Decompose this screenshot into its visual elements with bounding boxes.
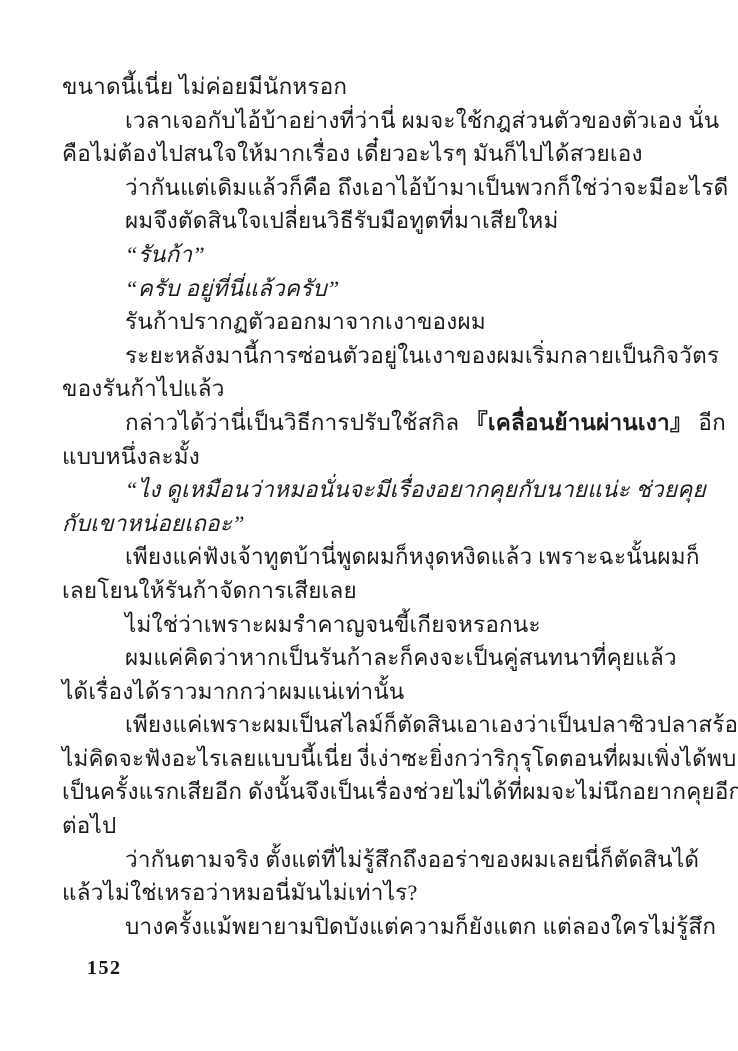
text-segment: ว่ากันตามจริง ตั้งแต่ที่ไม่รู้สึกถึงออร่… bbox=[125, 847, 699, 872]
text-segment: เลยโยนให้รันก้าจัดการเสียเลย bbox=[62, 578, 357, 603]
text-line: “รันก้า” bbox=[62, 238, 682, 272]
text-line: เพียงแค่เพราะผมเป็นสไลม์ก็ตัดสินเอาเองว่… bbox=[62, 708, 682, 742]
text-line: บางครั้งแม้พยายามปิดบังแต่ความก็ยังแตก แ… bbox=[62, 910, 682, 944]
text-segment: ผมแค่คิดว่าหากเป็นรันก้าละก็คงจะเป็นคู่ส… bbox=[125, 645, 677, 670]
skill-name: 『เคลื่อนย้านผ่านเงา』 bbox=[465, 410, 692, 435]
text-segment: กับเขาหน่อยเถอะ” bbox=[62, 511, 245, 536]
text-segment: เป็นครั้งแรกเสียอีก ดังนั้นจึงเป็นเรื่อง… bbox=[62, 779, 738, 804]
text-segment: เพียงแค่เพราะผมเป็นสไลม์ก็ตัดสินเอาเองว่… bbox=[125, 712, 738, 737]
text-line: ไม่คิดจะฟังอะไรเลยแบบนี้เนี่ย งี่เง่าซะย… bbox=[62, 742, 682, 776]
text-segment: เวลาเจอกับไอ้บ้าอย่างที่ว่านี่ ผมจะใช้กฎ… bbox=[125, 108, 719, 133]
text-segment: ระยะหลังมานี้การซ่อนตัวอยู่ในเงาของผมเริ… bbox=[125, 343, 719, 368]
text-line: กับเขาหน่อยเถอะ” bbox=[62, 507, 682, 541]
text-line: ระยะหลังมานี้การซ่อนตัวอยู่ในเงาของผมเริ… bbox=[62, 339, 682, 373]
text-line: เลยโยนให้รันก้าจัดการเสียเลย bbox=[62, 574, 682, 608]
text-segment: ว่ากันแต่เดิมแล้วก็คือ ถึงเอาไอ้บ้ามาเป็… bbox=[125, 175, 728, 200]
text-line: ว่ากันตามจริง ตั้งแต่ที่ไม่รู้สึกถึงออร่… bbox=[62, 843, 682, 877]
text-line: “ครับ อยู่ที่นี่แล้วครับ” bbox=[62, 272, 682, 306]
text-segment: ผมจึงตัดสินใจเปลี่ยนวิธีรับมือทูตที่มาเส… bbox=[125, 208, 559, 233]
text-segment: “รันก้า” bbox=[125, 242, 205, 267]
text-line: ของรันก้าไปแล้ว bbox=[62, 372, 682, 406]
text-segment: อีก bbox=[693, 410, 726, 435]
text-line: รันก้าปรากฏตัวออกมาจากเงาของผม bbox=[62, 305, 682, 339]
text-line: เป็นครั้งแรกเสียอีก ดังนั้นจึงเป็นเรื่อง… bbox=[62, 775, 682, 809]
text-line: คือไม่ต้องไปสนใจให้มากเรื่อง เดี๋ยวอะไรๆ… bbox=[62, 137, 682, 171]
text-line: แบบหนึ่งละมั้ง bbox=[62, 440, 682, 474]
text-segment: ไม่ใช่ว่าเพราะผมรำคาญจนขี้เกียจหรอกนะ bbox=[125, 612, 541, 637]
text-segment: แบบหนึ่งละมั้ง bbox=[62, 444, 200, 469]
text-line: ว่ากันแต่เดิมแล้วก็คือ ถึงเอาไอ้บ้ามาเป็… bbox=[62, 171, 682, 205]
text-segment: ของรันก้าไปแล้ว bbox=[62, 376, 225, 401]
book-page: ขนาดนี้เนี่ย ไม่ค่อยมีนักหรอกเวลาเจอกับไ… bbox=[0, 0, 738, 1051]
text-block: ขนาดนี้เนี่ย ไม่ค่อยมีนักหรอกเวลาเจอกับไ… bbox=[62, 70, 682, 943]
text-line: ได้เรื่องได้ราวมากกว่าผมแน่เท่านั้น bbox=[62, 675, 682, 709]
text-line: เวลาเจอกับไอ้บ้าอย่างที่ว่านี่ ผมจะใช้กฎ… bbox=[62, 104, 682, 138]
page-number: 152 bbox=[87, 957, 122, 980]
text-segment: ไม่คิดจะฟังอะไรเลยแบบนี้เนี่ย งี่เง่าซะย… bbox=[62, 746, 737, 771]
text-line: กล่าวได้ว่านี่เป็นวิธีการปรับใช้สกิล 『เค… bbox=[62, 406, 682, 440]
text-segment: กล่าวได้ว่านี่เป็นวิธีการปรับใช้สกิล bbox=[125, 410, 465, 435]
text-line: แล้วไม่ใช่เหรอว่าหมอนี่มันไม่เท่าไร? bbox=[62, 876, 682, 910]
text-line: ขนาดนี้เนี่ย ไม่ค่อยมีนักหรอก bbox=[62, 70, 682, 104]
text-line: ไม่ใช่ว่าเพราะผมรำคาญจนขี้เกียจหรอกนะ bbox=[62, 608, 682, 642]
text-segment: เพียงแค่ฟังเจ้าทูตบ้านี่พูดผมก็หงุดหงิดแ… bbox=[125, 544, 700, 569]
text-line: เพียงแค่ฟังเจ้าทูตบ้านี่พูดผมก็หงุดหงิดแ… bbox=[62, 540, 682, 574]
text-line: ต่อไป bbox=[62, 809, 682, 843]
text-segment: รันก้าปรากฏตัวออกมาจากเงาของผม bbox=[125, 309, 486, 334]
text-segment: ต่อไป bbox=[62, 813, 117, 838]
text-segment: บางครั้งแม้พยายามปิดบังแต่ความก็ยังแตก แ… bbox=[125, 914, 716, 939]
text-line: ผมแค่คิดว่าหากเป็นรันก้าละก็คงจะเป็นคู่ส… bbox=[62, 641, 682, 675]
text-line: ผมจึงตัดสินใจเปลี่ยนวิธีรับมือทูตที่มาเส… bbox=[62, 204, 682, 238]
text-segment: “ไง ดูเหมือนว่าหมอนั่นจะมีเรื่องอยากคุยก… bbox=[125, 477, 706, 502]
text-segment: ขนาดนี้เนี่ย ไม่ค่อยมีนักหรอก bbox=[62, 74, 347, 99]
text-segment: ได้เรื่องได้ราวมากกว่าผมแน่เท่านั้น bbox=[62, 679, 404, 704]
text-segment: “ครับ อยู่ที่นี่แล้วครับ” bbox=[125, 276, 340, 301]
text-segment: คือไม่ต้องไปสนใจให้มากเรื่อง เดี๋ยวอะไรๆ… bbox=[62, 141, 643, 166]
text-line: “ไง ดูเหมือนว่าหมอนั่นจะมีเรื่องอยากคุยก… bbox=[62, 473, 682, 507]
text-segment: แล้วไม่ใช่เหรอว่าหมอนี่มันไม่เท่าไร? bbox=[62, 880, 418, 905]
